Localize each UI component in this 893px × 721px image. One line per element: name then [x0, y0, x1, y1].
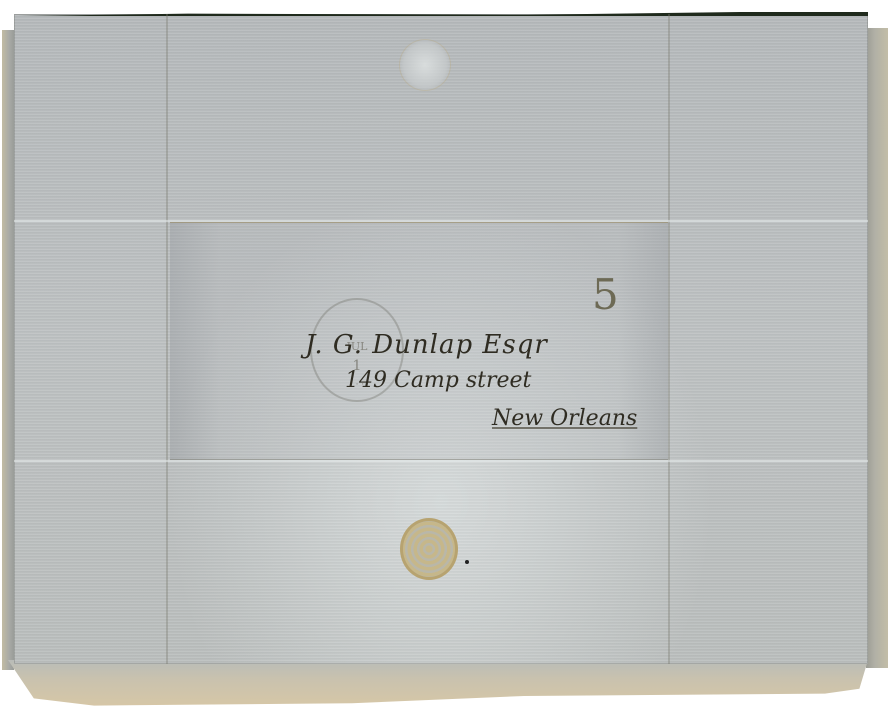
- under-sheet-bottom-edge: [8, 660, 868, 708]
- letter-scan: 5 JUL 1 · · · J. G. Dunlap Esqr 149 Camp…: [0, 0, 893, 721]
- under-sheet-right-edge: [866, 28, 888, 668]
- fold-line: [668, 14, 670, 664]
- addressee-street: 149 Camp street: [345, 368, 531, 393]
- wax-seal-top: [400, 40, 450, 90]
- under-sheet-left-edge: [2, 30, 14, 670]
- ink-spot: [465, 560, 469, 564]
- addressee-name: J. G. Dunlap Esqr: [305, 330, 548, 360]
- addressee-city: New Orleans: [492, 406, 637, 431]
- wax-seal-bottom: [400, 518, 458, 580]
- rate-mark: 5: [592, 270, 619, 319]
- fold-line: [14, 460, 868, 462]
- fold-line: [166, 14, 168, 664]
